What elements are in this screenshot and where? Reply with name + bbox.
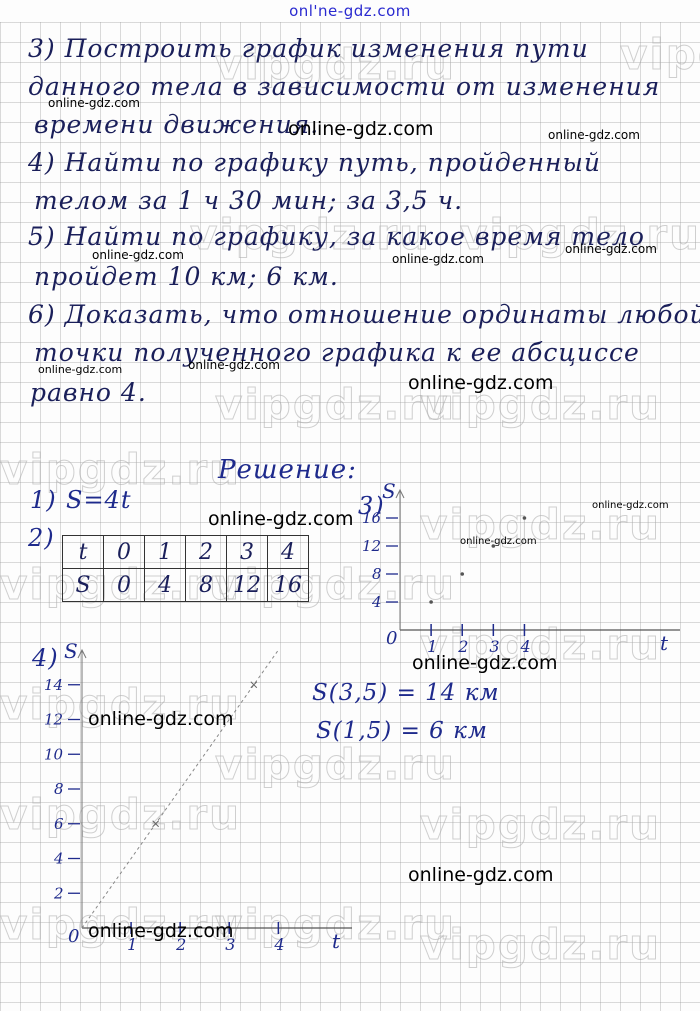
svg-text:6: 6 <box>54 815 64 833</box>
site-watermark: online-gdz.com <box>208 508 354 530</box>
svg-text:t: t <box>332 929 341 953</box>
svg-text:4: 4 <box>53 850 64 868</box>
site-watermark: online-gdz.com <box>592 500 669 511</box>
svg-text:8: 8 <box>54 780 64 798</box>
site-watermark: online-gdz.com <box>392 252 484 266</box>
site-watermark: online-gdz.com <box>38 363 122 376</box>
svg-text:4: 4 <box>371 593 382 611</box>
site-watermark: online-gdz.com <box>408 372 554 394</box>
site-watermark: online-gdz.com <box>188 358 280 372</box>
svg-text:2: 2 <box>53 884 64 902</box>
site-watermark: online-gdz.com <box>288 118 434 140</box>
site-watermark: online-gdz.com <box>48 96 140 110</box>
site-watermark: online-gdz.com <box>412 652 558 674</box>
svg-text:4: 4 <box>273 935 284 954</box>
svg-text:0: 0 <box>386 628 397 649</box>
svg-text:8: 8 <box>372 565 382 583</box>
svg-text:12: 12 <box>362 537 381 555</box>
svg-text:0: 0 <box>68 926 79 947</box>
site-watermark: online-gdz.com <box>88 708 234 730</box>
svg-text:S: S <box>64 639 78 663</box>
site-watermark: online-gdz.com <box>460 536 537 547</box>
site-watermark: online-gdz.com <box>548 128 640 142</box>
svg-text:10: 10 <box>44 745 64 763</box>
site-watermark: online-gdz.com <box>88 920 234 942</box>
svg-text:12: 12 <box>44 711 63 729</box>
site-watermark: online-gdz.com <box>408 864 554 886</box>
svg-text:16: 16 <box>362 509 382 527</box>
svg-text:S: S <box>382 479 396 503</box>
svg-text:t: t <box>660 631 669 655</box>
svg-text:14: 14 <box>44 676 63 694</box>
site-watermark: online-gdz.com <box>92 248 184 262</box>
site-watermark: online-gdz.com <box>565 242 657 256</box>
